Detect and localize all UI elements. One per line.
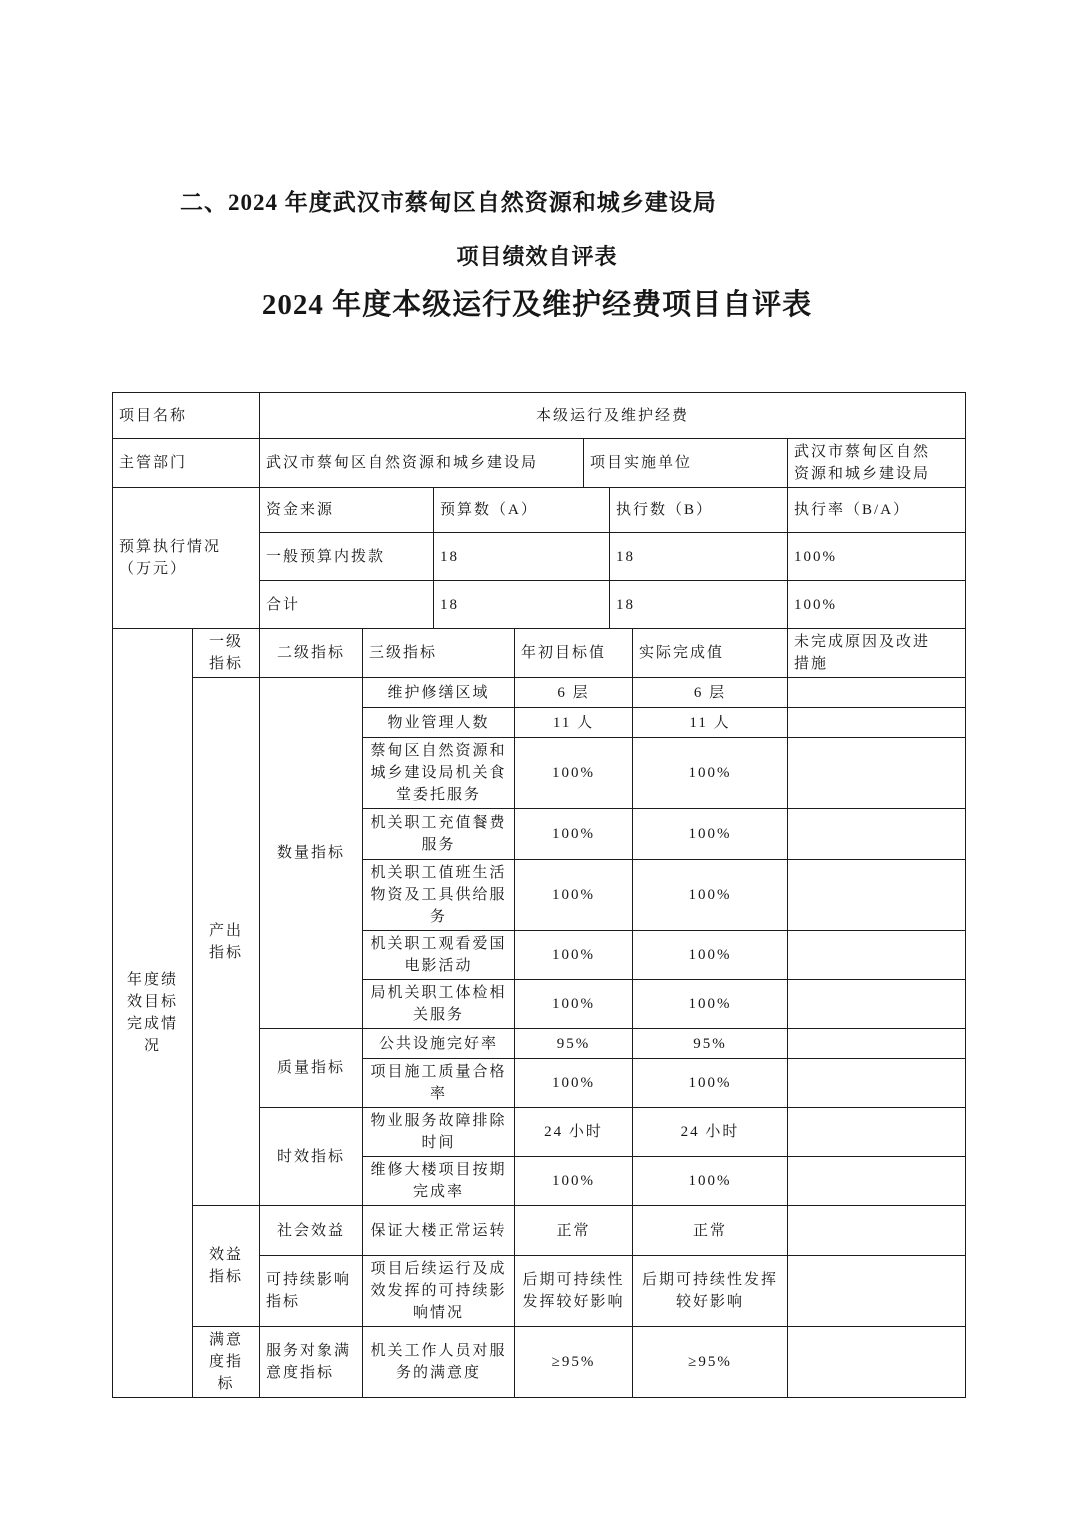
budget-header-source: 资金来源 bbox=[260, 488, 434, 533]
level1-satisfaction: 满意 度指 标 bbox=[193, 1327, 260, 1398]
actual-cell: 24 小时 bbox=[633, 1108, 788, 1157]
indicator-cell: 物业服务故障排除时间 bbox=[363, 1108, 515, 1157]
indicator-cell: 局机关职工体检相关服务 bbox=[363, 980, 515, 1029]
performance-section-label: 年度绩 效目标 完成情 况 bbox=[113, 629, 193, 1398]
reason-cell bbox=[788, 1327, 966, 1398]
target-cell: 100% bbox=[515, 931, 633, 980]
target-cell: 11 人 bbox=[515, 708, 633, 738]
level2-sustain: 可持续影响指标 bbox=[260, 1256, 363, 1327]
actual-cell: 100% bbox=[633, 980, 788, 1029]
indicator-row: 满意 度指 标 服务对象满意度指标 机关工作人员对服务的满意度 ≥95% ≥95… bbox=[113, 1327, 966, 1398]
implementing-unit-value: 武汉市蔡甸区自然 资源和城乡建设局 bbox=[788, 439, 966, 488]
department-label: 主管部门 bbox=[113, 439, 260, 488]
budget-section-label: 预算执行情况 （万元） bbox=[113, 488, 260, 629]
department-value: 武汉市蔡甸区自然资源和城乡建设局 bbox=[260, 439, 584, 488]
project-name-value: 本级运行及维护经费 bbox=[260, 393, 966, 439]
target-cell: 100% bbox=[515, 860, 633, 931]
target-cell: 24 小时 bbox=[515, 1108, 633, 1157]
reason-cell bbox=[788, 1157, 966, 1206]
target-cell: 100% bbox=[515, 809, 633, 860]
budget-amount: 18 bbox=[434, 581, 610, 629]
header-reason: 未完成原因及改进 措施 bbox=[788, 629, 966, 678]
budget-source: 一般预算内拨款 bbox=[260, 533, 434, 581]
indicator-cell: 项目后续运行及成效发挥的可持续影响情况 bbox=[363, 1256, 515, 1327]
actual-cell: 100% bbox=[633, 931, 788, 980]
actual-cell: 100% bbox=[633, 1059, 788, 1108]
indicator-cell: 项目施工质量合格率 bbox=[363, 1059, 515, 1108]
actual-cell: 100% bbox=[633, 860, 788, 931]
row-budget-header: 预算执行情况 （万元） 资金来源 预算数（A） 执行数（B） 执行率（B/A） bbox=[113, 488, 966, 533]
target-cell: ≥95% bbox=[515, 1327, 633, 1398]
reason-cell bbox=[788, 1206, 966, 1256]
reason-cell bbox=[788, 1059, 966, 1108]
actual-cell: 正常 bbox=[633, 1206, 788, 1256]
row-department: 主管部门 武汉市蔡甸区自然资源和城乡建设局 项目实施单位 武汉市蔡甸区自然 资源… bbox=[113, 439, 966, 488]
row-indicator-header: 年度绩 效目标 完成情 况 一级 指标 二级指标 三级指标 年初目标值 实际完成… bbox=[113, 629, 966, 678]
reason-cell bbox=[788, 980, 966, 1029]
header-level3: 三级指标 bbox=[363, 629, 515, 678]
indicator-cell: 机关职工值班生活物资及工具供给服务 bbox=[363, 860, 515, 931]
reason-cell bbox=[788, 1256, 966, 1327]
reason-cell bbox=[788, 678, 966, 708]
indicator-cell: 机关职工充值餐费服务 bbox=[363, 809, 515, 860]
budget-header-rate: 执行率（B/A） bbox=[788, 488, 966, 533]
actual-cell: ≥95% bbox=[633, 1327, 788, 1398]
document-title-line2: 项目绩效自评表 bbox=[0, 240, 1074, 271]
target-cell: 后期可持续性发挥较好影响 bbox=[515, 1256, 633, 1327]
reason-cell bbox=[788, 708, 966, 738]
target-cell: 6 层 bbox=[515, 678, 633, 708]
indicator-cell: 保证大楼正常运转 bbox=[363, 1206, 515, 1256]
target-cell: 100% bbox=[515, 980, 633, 1029]
indicator-row: 产出 指标 数量指标 维护修缮区域 6 层 6 层 bbox=[113, 678, 966, 708]
actual-cell: 100% bbox=[633, 738, 788, 809]
exec-rate: 100% bbox=[788, 533, 966, 581]
exec-amount: 18 bbox=[610, 581, 788, 629]
header-level2: 二级指标 bbox=[260, 629, 363, 678]
header-level1: 一级 指标 bbox=[193, 629, 260, 678]
level2-quantity: 数量指标 bbox=[260, 678, 363, 1029]
budget-header-exec: 执行数（B） bbox=[610, 488, 788, 533]
reason-cell bbox=[788, 931, 966, 980]
target-cell: 95% bbox=[515, 1029, 633, 1059]
actual-cell: 100% bbox=[633, 809, 788, 860]
indicator-cell: 机关职工观看爱国电影活动 bbox=[363, 931, 515, 980]
level2-timeliness: 时效指标 bbox=[260, 1108, 363, 1206]
budget-amount: 18 bbox=[434, 533, 610, 581]
project-name-label: 项目名称 bbox=[113, 393, 260, 439]
actual-cell: 95% bbox=[633, 1029, 788, 1059]
actual-cell: 6 层 bbox=[633, 678, 788, 708]
actual-cell: 100% bbox=[633, 1157, 788, 1206]
indicator-cell: 维修大楼项目按期完成率 bbox=[363, 1157, 515, 1206]
level1-benefit: 效益 指标 bbox=[193, 1206, 260, 1327]
level2-social: 社会效益 bbox=[260, 1206, 363, 1256]
reason-cell bbox=[788, 860, 966, 931]
indicator-row: 效益 指标 社会效益 保证大楼正常运转 正常 正常 bbox=[113, 1206, 966, 1256]
indicator-cell: 机关工作人员对服务的满意度 bbox=[363, 1327, 515, 1398]
reason-cell bbox=[788, 809, 966, 860]
indicator-cell: 物业管理人数 bbox=[363, 708, 515, 738]
level1-output: 产出 指标 bbox=[193, 678, 260, 1206]
level2-target-group: 服务对象满意度指标 bbox=[260, 1327, 363, 1398]
row-project-name: 项目名称 本级运行及维护经费 bbox=[113, 393, 966, 439]
exec-amount: 18 bbox=[610, 533, 788, 581]
header-target: 年初目标值 bbox=[515, 629, 633, 678]
actual-cell: 后期可持续性发挥较好影响 bbox=[633, 1256, 788, 1327]
target-cell: 正常 bbox=[515, 1206, 633, 1256]
budget-source: 合计 bbox=[260, 581, 434, 629]
document-title-line3: 2024 年度本级运行及维护经费项目自评表 bbox=[0, 282, 1074, 323]
target-cell: 100% bbox=[515, 1157, 633, 1206]
reason-cell bbox=[788, 738, 966, 809]
level2-quality: 质量指标 bbox=[260, 1029, 363, 1108]
indicator-cell: 蔡甸区自然资源和城乡建设局机关食堂委托服务 bbox=[363, 738, 515, 809]
indicator-cell: 公共设施完好率 bbox=[363, 1029, 515, 1059]
budget-header-budget: 预算数（A） bbox=[434, 488, 610, 533]
self-evaluation-table: 项目名称 本级运行及维护经费 主管部门 武汉市蔡甸区自然资源和城乡建设局 项目实… bbox=[112, 392, 966, 1398]
header-actual: 实际完成值 bbox=[633, 629, 788, 678]
document-title-line1: 二、2024 年度武汉市蔡甸区自然资源和城乡建设局 bbox=[180, 184, 717, 217]
indicator-cell: 维护修缮区域 bbox=[363, 678, 515, 708]
reason-cell bbox=[788, 1108, 966, 1157]
actual-cell: 11 人 bbox=[633, 708, 788, 738]
reason-cell bbox=[788, 1029, 966, 1059]
implementing-unit-label: 项目实施单位 bbox=[584, 439, 788, 488]
exec-rate: 100% bbox=[788, 581, 966, 629]
document-page: 二、2024 年度武汉市蔡甸区自然资源和城乡建设局 项目绩效自评表 2024 年… bbox=[0, 0, 1074, 1520]
target-cell: 100% bbox=[515, 1059, 633, 1108]
target-cell: 100% bbox=[515, 738, 633, 809]
